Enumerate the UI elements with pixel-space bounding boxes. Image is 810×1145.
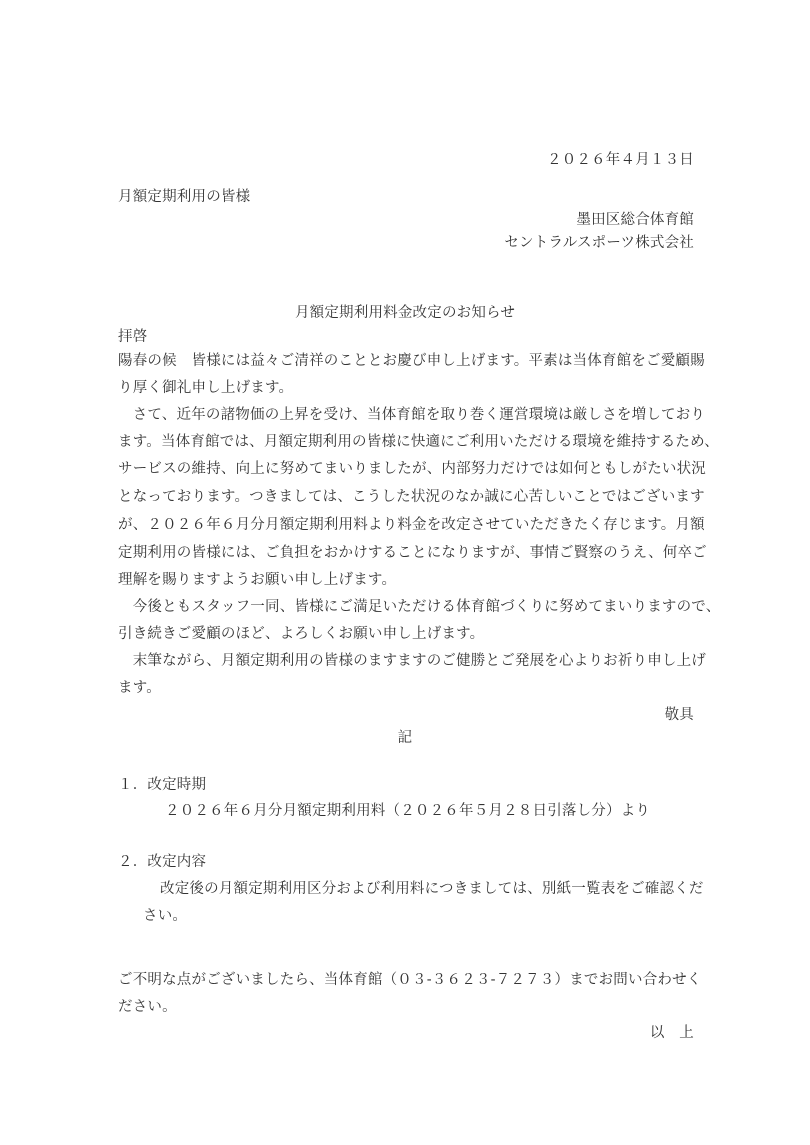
body-line: サービスの維持、向上に努めてまいりましたが、内部努力だけでは如何ともしがたい状況 [118,459,706,479]
contact-line: ださい。 [118,997,177,1017]
sender-org: 墨田区総合体育館 [576,210,694,230]
item-line: ２０２６年６月分月額定期利用料（２０２６年５月２８日引落し分）より [165,801,650,821]
body-line: が、２０２６年６月分月額定期利用料より料金を改定させていただきたく存じます。月額 [118,515,705,535]
salutation: 拝啓 [118,327,147,347]
notes-heading: 記 [0,728,810,748]
body-line: ます。当体育館では、月額定期利用の皆様に快適にご利用いただける環境を維持するため… [118,432,719,452]
date: ２０２６年４月１３日 [547,150,694,170]
body-line: 理解を賜りますようお願い申し上げます。 [118,570,396,590]
body-line: さて、近年の諸物価の上昇を受け、当体育館を取り巻く運営環境は厳しさを増しており [118,405,705,425]
contact-line: ご不明な点がございましたら、当体育館（０３‐３６２３‐７２７３）までお問い合わせ… [118,970,702,990]
recipient: 月額定期利用の皆様 [118,187,250,207]
body-line: 引き続きご愛顧のほど、よろしくお願い申し上げます。 [118,624,484,644]
sender-company: セントラルスポーツ株式会社 [504,233,694,253]
closing: 敬具 [665,705,694,725]
document-title: 月額定期利用料金改定のお知らせ [0,303,810,323]
body-line: り厚く御礼申し上げます。 [118,378,293,398]
end-mark: 以 上 [650,1023,694,1043]
item-line: 改定後の月額定期利用区分および利用料につきましては、別紙一覧表をご確認くだ [160,879,704,899]
body-line: となっております。つきましては、こうした状況のなか誠に心苦しいことではございます [118,487,705,507]
body-line: 今後ともスタッフ一同、皆様にご満足いただける体育館づくりに努めてまいりますので、 [118,597,720,617]
item-line: さい。 [143,906,187,926]
body-line: 末筆ながら、月額定期利用の皆様のますますのご健勝とご発展を心よりお祈り申し上げ [118,651,706,671]
body-line: 定期利用の皆様には、ご負担をおかけすることになりますが、事情ご賢察のうえ、何卒ご [118,543,707,563]
item-heading-timing: １．改定時期 [118,775,206,795]
body-line: ます。 [118,678,161,698]
body-line: 陽春の候 皆様には益々ご清祥のこととお慶び申し上げます。平素は当体育館をご愛顧賜 [118,351,705,371]
item-heading-content: ２．改定内容 [118,852,206,872]
